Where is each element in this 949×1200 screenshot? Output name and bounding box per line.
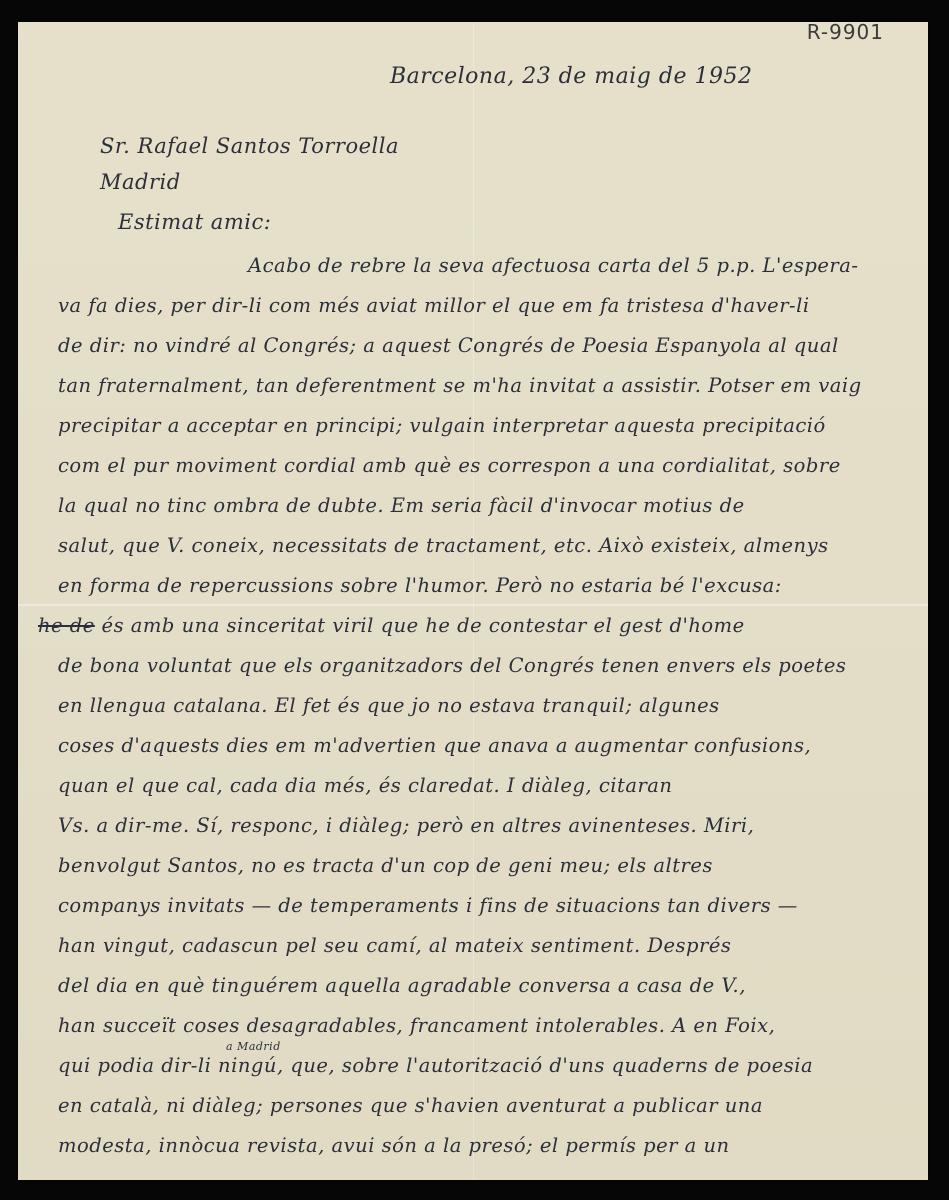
- letter-line: quan el que cal, cada dia més, és clared…: [58, 774, 672, 797]
- letter-line: de bona voluntat que els organitzadors d…: [58, 654, 846, 677]
- letter-paper: R-9901 Barcelona, 23 de maig de 1952 Sr.…: [18, 22, 928, 1180]
- letter-line: en llengua catalana. El fet és que jo no…: [58, 694, 720, 717]
- place-date: Barcelona, 23 de maig de 1952: [390, 64, 752, 89]
- letter-line: han vingut, cadascun pel seu camí, al ma…: [58, 934, 731, 957]
- letter-line: qui podia dir-li ningú, que, sobre l'aut…: [58, 1054, 813, 1077]
- paper-fold-vertical: [473, 22, 474, 1180]
- letter-line: en català, ni diàleg; persones que s'hav…: [58, 1094, 763, 1117]
- letter-line: he de és amb una sinceritat viril que he…: [38, 614, 745, 637]
- scanned-page: R-9901 Barcelona, 23 de maig de 1952 Sr.…: [0, 0, 949, 1200]
- letter-line: precipitar a acceptar en principi; vulga…: [58, 414, 826, 437]
- letter-line: tan fraternalment, tan deferentment se m…: [58, 374, 862, 397]
- letter-line: Vs. a dir-me. Sí, responc, i diàleg; per…: [58, 814, 754, 837]
- letter-line: va fa dies, per dir-li com més aviat mil…: [58, 294, 810, 317]
- letter-line: coses d'aquests dies em m'advertien que …: [58, 734, 811, 757]
- struck-text: he de: [38, 614, 95, 637]
- archive-reference: R-9901: [807, 20, 884, 44]
- interlinear-insert: a Madrid: [226, 1040, 281, 1053]
- letter-line: salut, que V. coneix, necessitats de tra…: [58, 534, 829, 557]
- letter-line: companys invitats — de temperaments i fi…: [58, 894, 798, 917]
- recipient-name: Sr. Rafael Santos Torroella: [100, 134, 399, 158]
- letter-line-text: és amb una sinceritat viril que he de co…: [102, 614, 745, 637]
- recipient-city: Madrid: [100, 170, 181, 194]
- letter-line: en forma de repercussions sobre l'humor.…: [58, 574, 782, 597]
- letter-line: del dia en què tinguérem aquella agradab…: [58, 974, 746, 997]
- letter-line: han succeït coses desagradables, francam…: [58, 1014, 775, 1037]
- salutation: Estimat amic:: [118, 210, 271, 234]
- letter-line: benvolgut Santos, no es tracta d'un cop …: [58, 854, 713, 877]
- letter-line: la qual no tinc ombra de dubte. Em seria…: [58, 494, 745, 517]
- letter-line: de dir: no vindré al Congrés; a aquest C…: [58, 334, 839, 357]
- letter-line: Acabo de rebre la seva afectuosa carta d…: [248, 254, 858, 277]
- letter-line: modesta, innòcua revista, avui són a la …: [58, 1134, 730, 1157]
- letter-line: com el pur moviment cordial amb què es c…: [58, 454, 841, 477]
